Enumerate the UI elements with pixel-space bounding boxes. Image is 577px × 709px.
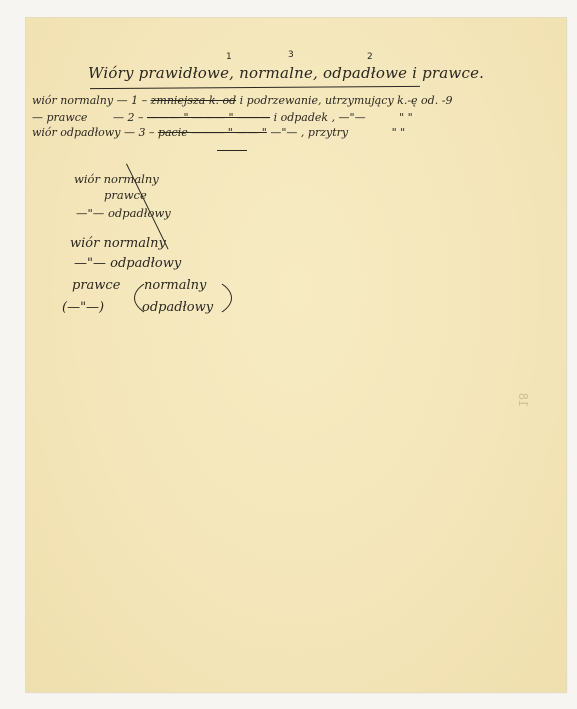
- row-rest: utrzymujący k.-ę od.: [325, 94, 438, 107]
- row-term: wiór normalny: [32, 94, 113, 107]
- note-line: wiór normalny: [70, 236, 166, 251]
- row-term: — prawce: [32, 111, 87, 124]
- note-line: prawce: [72, 278, 120, 293]
- note-line: wiór normalny: [74, 172, 159, 186]
- row-dash: –: [149, 126, 155, 139]
- row-separator: —: [124, 126, 135, 139]
- row-text: —"—: [270, 126, 297, 139]
- row-tail: " ": [392, 126, 406, 139]
- row-dash: –: [138, 111, 144, 124]
- row-tail: " ": [399, 111, 413, 124]
- row-rest: , —"—: [332, 111, 366, 124]
- struck-text: zmniejsza k. od: [151, 94, 237, 107]
- list-row: wiór normalny — 1 – zmniejsza k. od i po…: [32, 94, 452, 107]
- list-row: wiór odpadłowy — 3 – pacie ——— " —— " —"…: [32, 126, 405, 139]
- row-number: 3: [138, 126, 145, 139]
- note-line: normalny: [144, 278, 206, 293]
- row-number: 1: [131, 94, 138, 107]
- row-rest: , przytry: [301, 126, 348, 139]
- row-text: i podrzewanie,: [240, 94, 322, 107]
- struck-text: ——— " ——— " ———: [147, 111, 270, 124]
- bleed-page-number: 18: [516, 393, 530, 407]
- row-term: wiór odpadłowy: [32, 126, 120, 139]
- separator-dash: [217, 150, 247, 151]
- note-line: (—"—): [62, 300, 104, 315]
- note-line: —"— odpadłowy: [74, 256, 181, 271]
- row-separator: —: [113, 111, 124, 124]
- handwritten-title: Wióry prawidłowe, normalne, odpadłowe i …: [88, 64, 484, 82]
- struck-text: pacie ——— " —— ": [158, 126, 267, 139]
- note-line: odpadłowy: [142, 300, 213, 315]
- row-text: i odpadek: [274, 111, 329, 124]
- title-number: 3: [288, 50, 294, 60]
- note-line: —"— odpadłowy: [76, 206, 171, 220]
- row-tail: -9: [442, 94, 453, 107]
- title-number: 1: [226, 52, 232, 62]
- title-number: 2: [367, 52, 373, 62]
- list-row: — prawce — 2 – ——— " ——— " ——— i odpadek…: [32, 111, 413, 124]
- title-underline: [90, 86, 420, 89]
- row-dash: –: [142, 94, 148, 107]
- row-separator: —: [117, 94, 128, 107]
- row-number: 2: [127, 111, 134, 124]
- document-page: Zwiększenie plastyczności i podatności n…: [26, 18, 566, 692]
